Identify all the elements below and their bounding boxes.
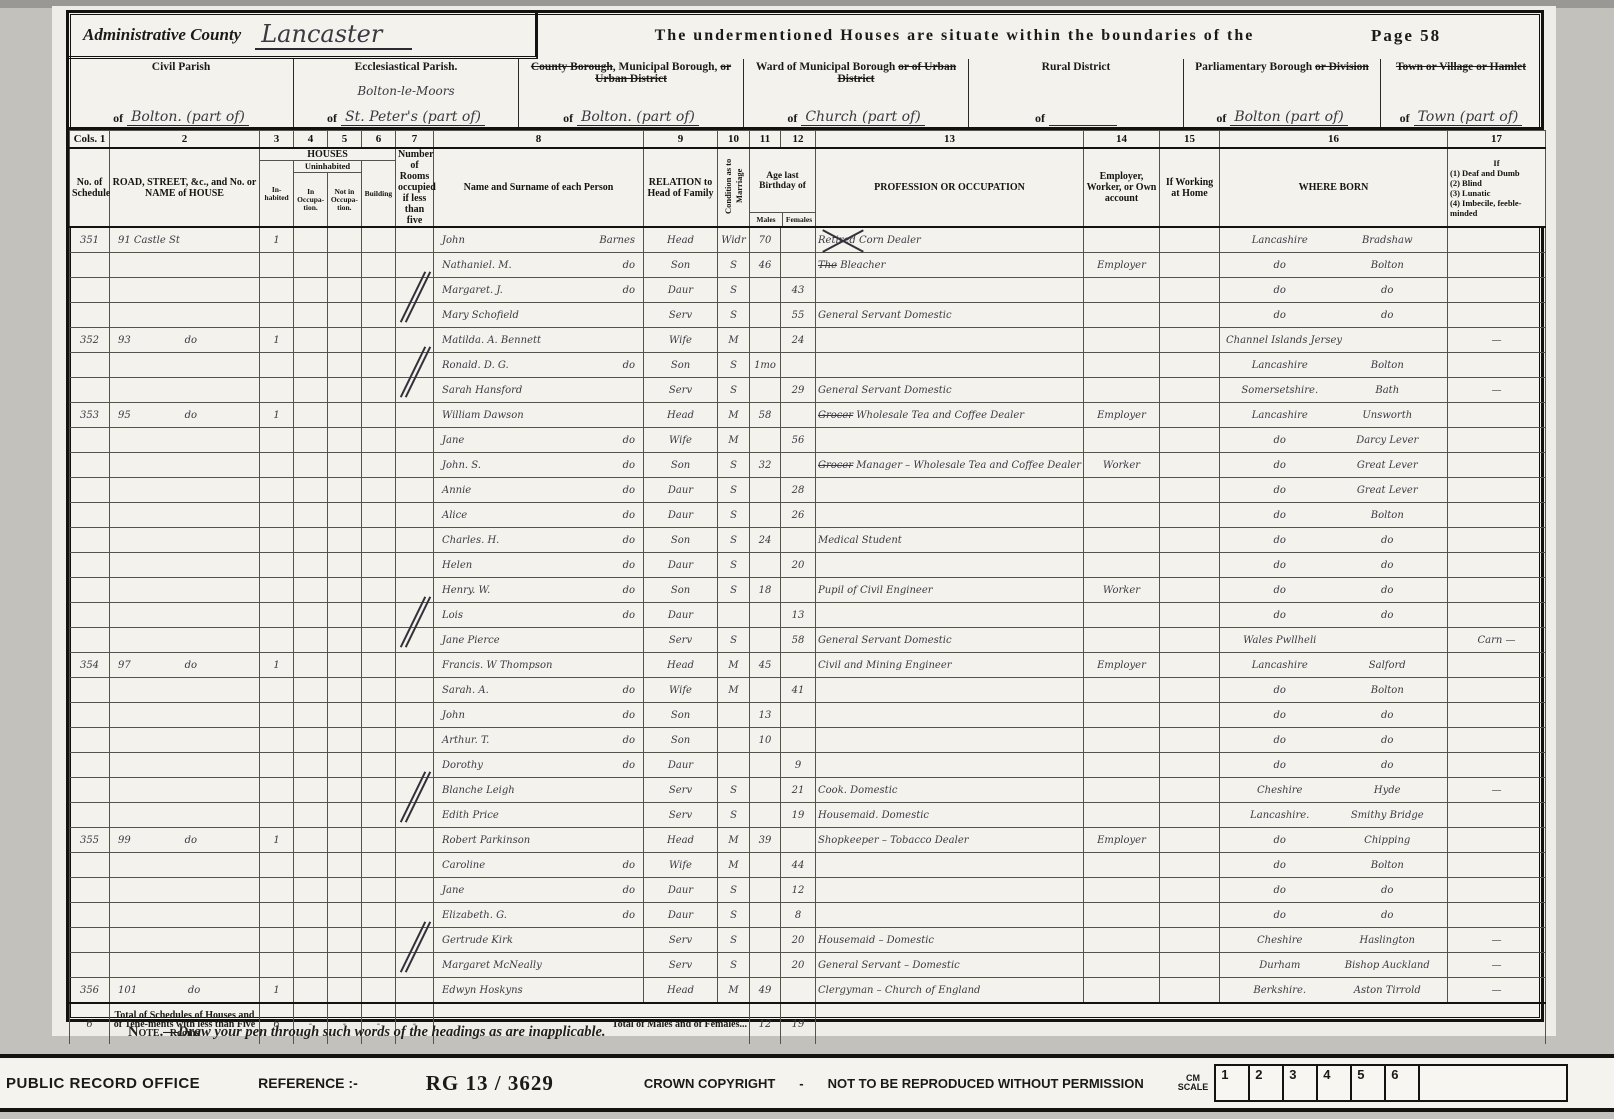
cell-schedule	[70, 928, 110, 953]
cell-in-occupation	[294, 953, 328, 978]
cell-schedule	[70, 853, 110, 878]
cell-not-in-occupation	[328, 478, 362, 503]
cell-condition: S	[718, 303, 750, 328]
cell-age-female	[781, 253, 816, 278]
cell-inhabited	[260, 678, 294, 703]
scale-tick: 6	[1384, 1064, 1420, 1102]
cell-inhabited	[260, 478, 294, 503]
occupation-text: General Servant Domestic	[818, 385, 952, 396]
cell-building	[362, 678, 396, 703]
cell-working-at-home	[1160, 453, 1220, 478]
cell-where-born: CheshireHyde	[1220, 778, 1448, 803]
column-number: 13	[816, 131, 1084, 149]
cell-age-male: 13	[750, 703, 781, 728]
cell-age-female: 20	[781, 928, 816, 953]
footer-notice: NOT TO BE REPRODUCED WITHOUT PERMISSION	[828, 1076, 1144, 1091]
cell-address	[110, 378, 260, 403]
cell-age-male	[750, 953, 781, 978]
cell-address	[110, 903, 260, 928]
cell-schedule	[70, 728, 110, 753]
cell-in-occupation	[294, 803, 328, 828]
column-number: 17	[1448, 131, 1546, 149]
scale-tick: 5	[1350, 1064, 1386, 1102]
cell-condition: S	[718, 878, 750, 903]
cell-address	[110, 628, 260, 653]
boundary-handwritten-value: Bolton. (part of)	[127, 109, 249, 126]
cell-age-male	[750, 603, 781, 628]
cell-age-male: 24	[750, 528, 781, 553]
boundary-title-part: Rural District	[1042, 61, 1111, 73]
column-number: 15	[1160, 131, 1220, 149]
cell-address: 97do	[110, 653, 260, 678]
cell-working-at-home	[1160, 753, 1220, 778]
cell-building	[362, 828, 396, 853]
cell-where-born: dodo	[1220, 728, 1448, 753]
cell-building	[362, 503, 396, 528]
cell-not-in-occupation	[328, 828, 362, 853]
cell-where-born: dodo	[1220, 903, 1448, 928]
cell-age-female	[781, 227, 816, 253]
census-row: Mary Schofield Serv S 55 General Servant…	[70, 303, 1546, 328]
boundary-section: Ecclesiastical Parish.Bolton-le-Moors of…	[294, 59, 519, 127]
census-row: Helendo Daur S 20 dodo	[70, 553, 1546, 578]
cell-condition: S	[718, 378, 750, 403]
column-number: 6	[362, 131, 396, 149]
census-rows: 351 91 Castle St 1 JohnBarnes Head Widr …	[70, 227, 1546, 1003]
cell-in-occupation	[294, 378, 328, 403]
cell-working-at-home	[1160, 378, 1220, 403]
cell-age-female	[781, 978, 816, 1004]
cell-infirmity: —	[1448, 978, 1546, 1004]
cell-not-in-occupation	[328, 503, 362, 528]
cell-name: Robert Parkinson	[434, 828, 644, 853]
cell-schedule	[70, 528, 110, 553]
column-number: 4	[294, 131, 328, 149]
cell-building	[362, 953, 396, 978]
cell-name: Carolinedo	[434, 853, 644, 878]
cell-relation: Serv	[644, 778, 718, 803]
cell-inhabited	[260, 353, 294, 378]
cell-name: Margaret. J.do	[434, 278, 644, 303]
footer-bar: PUBLIC RECORD OFFICE REFERENCE :- RG 13 …	[0, 1054, 1614, 1112]
column-number: 9	[644, 131, 718, 149]
cell-age-female: 19	[781, 803, 816, 828]
cell-occupation: Cook. Domestic	[816, 778, 1084, 803]
column-number: 16	[1220, 131, 1448, 149]
cell-name: Elizabeth. G.do	[434, 903, 644, 928]
cell-working-at-home	[1160, 603, 1220, 628]
census-row: 355 99do 1 Robert Parkinson Head M 39 Sh…	[70, 828, 1546, 853]
cell-in-occupation	[294, 428, 328, 453]
occupation-struck: Grocer	[818, 410, 853, 421]
cell-not-in-occupation	[328, 903, 362, 928]
cell-condition: M	[718, 403, 750, 428]
cell-infirmity	[1448, 403, 1546, 428]
cell-infirmity: Carn —	[1448, 628, 1546, 653]
cell-age-female: 44	[781, 853, 816, 878]
cell-inhabited	[260, 428, 294, 453]
cell-condition: M	[718, 653, 750, 678]
census-row: Anniedo Daur S 28 doGreat Lever	[70, 478, 1546, 503]
boundary-value: of Church (part of)	[747, 109, 965, 126]
cell-in-occupation	[294, 303, 328, 328]
cell-relation: Daur	[644, 603, 718, 628]
census-table: Cols. 1234567891011121314151617 No. of S…	[69, 130, 1546, 1044]
census-row: Henry. W.do Son S 18 Pupil of Civil Engi…	[70, 578, 1546, 603]
footer-office: PUBLIC RECORD OFFICE	[6, 1075, 200, 1092]
cell-where-born: doGreat Lever	[1220, 453, 1448, 478]
cell-schedule	[70, 278, 110, 303]
administrative-county-box: Administrative County Lancaster	[69, 13, 538, 59]
cell-building	[362, 378, 396, 403]
cell-working-at-home	[1160, 928, 1220, 953]
census-row: Janedo Daur S 12 dodo	[70, 878, 1546, 903]
cell-employer	[1084, 528, 1160, 553]
boundary-title: Civil Parish	[72, 61, 290, 73]
cell-schedule: 354	[70, 653, 110, 678]
cell-occupation: Grocer Manager – Wholesale Tea and Coffe…	[816, 453, 1084, 478]
cell-occupation	[816, 503, 1084, 528]
cell-building	[362, 453, 396, 478]
cell-infirmity: —	[1448, 378, 1546, 403]
cell-employer	[1084, 903, 1160, 928]
cell-rooms	[396, 528, 434, 553]
cell-working-at-home	[1160, 353, 1220, 378]
footer-copyright: CROWN COPYRIGHT	[644, 1076, 775, 1091]
houses-title: HOUSES	[260, 149, 395, 161]
occupation-struck: Grocer	[818, 460, 853, 471]
cell-condition: S	[718, 503, 750, 528]
cell-working-at-home	[1160, 678, 1220, 703]
boundary-handwritten-value	[1049, 125, 1117, 126]
cell-age-female: 28	[781, 478, 816, 503]
totals-males: 12	[750, 1003, 781, 1044]
cell-infirmity	[1448, 678, 1546, 703]
cell-address	[110, 478, 260, 503]
totals-females: 19	[781, 1003, 816, 1044]
cell-in-occupation	[294, 728, 328, 753]
cell-condition	[718, 603, 750, 628]
cell-name: Nathaniel. M.do	[434, 253, 644, 278]
cell-age-male: 58	[750, 403, 781, 428]
cell-age-male	[750, 853, 781, 878]
cell-age-male	[750, 328, 781, 353]
cell-where-born: dodo	[1220, 578, 1448, 603]
cell-working-at-home	[1160, 328, 1220, 353]
cell-occupation: General Servant Domestic	[816, 628, 1084, 653]
cell-inhabited	[260, 928, 294, 953]
col-age: Age last Birthday of Males Females	[750, 148, 816, 227]
cell-rooms	[396, 728, 434, 753]
cell-where-born: dodo	[1220, 603, 1448, 628]
cell-occupation: Grocer Wholesale Tea and Coffee Dealer	[816, 403, 1084, 428]
cell-building	[362, 328, 396, 353]
totals-empty	[816, 1003, 1546, 1044]
cell-address	[110, 878, 260, 903]
cell-working-at-home	[1160, 878, 1220, 903]
cell-working-at-home	[1160, 653, 1220, 678]
cell-building	[362, 653, 396, 678]
cell-infirmity	[1448, 753, 1546, 778]
cell-building	[362, 728, 396, 753]
cell-building	[362, 878, 396, 903]
cell-inhabited	[260, 703, 294, 728]
cell-condition: Widr	[718, 227, 750, 253]
cell-address: 93do	[110, 328, 260, 353]
cell-working-at-home	[1160, 728, 1220, 753]
cell-schedule: 355	[70, 828, 110, 853]
boundary-handwritten-value: Bolton (part of)	[1230, 109, 1347, 126]
boundary-title: Parliamentary Borough or Division	[1187, 61, 1377, 73]
cell-inhabited	[260, 953, 294, 978]
undermentioned-text: The undermentioned Houses are situate wi…	[538, 13, 1371, 59]
cell-where-born: DurhamBishop Auckland	[1220, 953, 1448, 978]
occupation-text: General Servant Domestic	[818, 310, 952, 321]
occupation-text: General Servant – Domestic	[818, 960, 960, 971]
cell-name: JohnBarnes	[434, 227, 644, 253]
col-infirmities: If(1) Deaf and Dumb(2) Blind(3) Lunatic(…	[1448, 148, 1546, 227]
census-row: Charles. H.do Son S 24 Medical Student d…	[70, 528, 1546, 553]
cell-occupation	[816, 678, 1084, 703]
cell-where-born: doBolton	[1220, 253, 1448, 278]
cell-not-in-occupation	[328, 628, 362, 653]
cell-rooms	[396, 453, 434, 478]
cell-inhabited	[260, 878, 294, 903]
cell-inhabited	[260, 753, 294, 778]
form-header: Administrative County Lancaster The unde…	[69, 13, 1541, 59]
cell-employer	[1084, 328, 1160, 353]
cell-occupation	[816, 328, 1084, 353]
cell-address: 95do	[110, 403, 260, 428]
cell-building	[362, 253, 396, 278]
cell-employer: Worker	[1084, 453, 1160, 478]
column-label-row: No. of Schedule ROAD, STREET, &c., and N…	[70, 148, 1546, 227]
boundary-above-value: Bolton-le-Moors	[297, 86, 515, 96]
cell-relation: Daur	[644, 878, 718, 903]
cell-infirmity: —	[1448, 928, 1546, 953]
col-age-label: Age last Birthday of	[750, 149, 815, 212]
cell-working-at-home	[1160, 978, 1220, 1004]
admin-county-value: Lancaster	[255, 20, 412, 50]
boundary-value: of Bolton (part of)	[1187, 109, 1377, 126]
cell-where-born: LancashireSalford	[1220, 653, 1448, 678]
cell-condition: M	[718, 828, 750, 853]
cell-condition	[718, 728, 750, 753]
cell-in-occupation	[294, 828, 328, 853]
cell-condition: S	[718, 528, 750, 553]
cell-condition: S	[718, 353, 750, 378]
cell-in-occupation	[294, 603, 328, 628]
cell-not-in-occupation	[328, 853, 362, 878]
census-row: Ronald. D. G.do Son S 1mo LancashireBolt…	[70, 353, 1546, 378]
cell-employer	[1084, 703, 1160, 728]
cell-employer	[1084, 628, 1160, 653]
boundary-title-part: Ecclesiastical Parish.	[355, 61, 458, 73]
cell-condition: M	[718, 428, 750, 453]
cell-rooms	[396, 853, 434, 878]
cell-not-in-occupation	[328, 303, 362, 328]
boundary-value: of Town (part of)	[1384, 109, 1538, 126]
col-road: ROAD, STREET, &c., and No. or NAME of HO…	[110, 148, 260, 227]
cell-in-occupation	[294, 978, 328, 1004]
cell-in-occupation	[294, 578, 328, 603]
census-row: Dorothydo Daur 9 dodo	[70, 753, 1546, 778]
census-row: 354 97do 1 Francis. W Thompson Head M 45…	[70, 653, 1546, 678]
cell-infirmity	[1448, 353, 1546, 378]
cell-relation: Wife	[644, 853, 718, 878]
cell-in-occupation	[294, 553, 328, 578]
cell-relation: Daur	[644, 278, 718, 303]
cell-infirmity	[1448, 253, 1546, 278]
cell-employer	[1084, 728, 1160, 753]
cell-inhabited	[260, 303, 294, 328]
cell-infirmity: —	[1448, 328, 1546, 353]
col-condition: Condition as to Marriage	[718, 148, 750, 227]
cell-building	[362, 227, 396, 253]
scale-tick: 2	[1248, 1064, 1284, 1102]
cell-infirmity	[1448, 227, 1546, 253]
cell-address	[110, 503, 260, 528]
cell-age-male: 32	[750, 453, 781, 478]
column-number: 11	[750, 131, 781, 149]
cell-condition: S	[718, 778, 750, 803]
boundary-section: Rural District of	[969, 59, 1184, 127]
boundary-value: of Bolton. (part of)	[72, 109, 290, 126]
cell-building	[362, 778, 396, 803]
cell-employer	[1084, 878, 1160, 903]
cell-condition: S	[718, 553, 750, 578]
census-row: 353 95do 1 William Dawson Head M 58 Groc…	[70, 403, 1546, 428]
cell-infirmity	[1448, 903, 1546, 928]
census-row: 356 101do 1 Edwyn Hoskyns Head M 49 Cler…	[70, 978, 1546, 1004]
cell-inhabited	[260, 553, 294, 578]
cell-in-occupation	[294, 503, 328, 528]
column-number: 14	[1084, 131, 1160, 149]
scale-tick: 3	[1282, 1064, 1318, 1102]
cell-employer	[1084, 428, 1160, 453]
cell-relation: Wife	[644, 428, 718, 453]
cell-age-male	[750, 678, 781, 703]
census-row: Loisdo Daur 13 dodo	[70, 603, 1546, 628]
cell-building	[362, 478, 396, 503]
cell-relation: Daur	[644, 553, 718, 578]
cell-working-at-home	[1160, 227, 1220, 253]
cell-in-occupation	[294, 328, 328, 353]
cell-age-female	[781, 728, 816, 753]
cell-not-in-occupation	[328, 728, 362, 753]
cell-working-at-home	[1160, 428, 1220, 453]
col-building: Building	[362, 161, 395, 226]
occupation-text: Wholesale Tea and Coffee Dealer	[856, 410, 1024, 421]
cell-age-female: 43	[781, 278, 816, 303]
cell-schedule	[70, 503, 110, 528]
census-row: John. S.do Son S 32 Grocer Manager – Who…	[70, 453, 1546, 478]
cell-name: Johndo	[434, 703, 644, 728]
cell-where-born: dodo	[1220, 553, 1448, 578]
cell-inhabited	[260, 628, 294, 653]
cell-not-in-occupation	[328, 227, 362, 253]
cell-name: Arthur. T.do	[434, 728, 644, 753]
census-form: Administrative County Lancaster The unde…	[66, 10, 1544, 1022]
cell-age-female	[781, 578, 816, 603]
cell-in-occupation	[294, 628, 328, 653]
cell-name: Charles. H.do	[434, 528, 644, 553]
cell-in-occupation	[294, 453, 328, 478]
cell-working-at-home	[1160, 803, 1220, 828]
cell-working-at-home	[1160, 278, 1220, 303]
cell-address	[110, 678, 260, 703]
boundary-section: Ward of Municipal Borough or of Urban Di…	[744, 59, 969, 127]
cell-not-in-occupation	[328, 778, 362, 803]
cell-working-at-home	[1160, 953, 1220, 978]
cell-relation: Daur	[644, 903, 718, 928]
cell-employer: Employer	[1084, 828, 1160, 853]
column-number: 2	[110, 131, 260, 149]
cell-working-at-home	[1160, 778, 1220, 803]
cell-age-female: 20	[781, 553, 816, 578]
boundary-handwritten-value: Church (part of)	[801, 109, 924, 126]
cell-in-occupation	[294, 928, 328, 953]
cell-in-occupation	[294, 678, 328, 703]
cell-age-female: 56	[781, 428, 816, 453]
cell-age-male	[750, 903, 781, 928]
col-houses: HOUSES In-habited Uninhabited In Occupa-…	[260, 148, 396, 227]
cell-working-at-home	[1160, 403, 1220, 428]
cell-inhabited	[260, 853, 294, 878]
cell-occupation	[816, 878, 1084, 903]
cell-occupation: Medical Student	[816, 528, 1084, 553]
column-number: 12	[781, 131, 816, 149]
census-row: Sarah Hansford Serv S 29 General Servant…	[70, 378, 1546, 403]
cell-rooms	[396, 503, 434, 528]
cell-building	[362, 703, 396, 728]
cell-inhabited: 1	[260, 653, 294, 678]
col-born: WHERE BORN	[1220, 148, 1448, 227]
census-row: Alicedo Daur S 26 doBolton	[70, 503, 1546, 528]
cell-infirmity	[1448, 653, 1546, 678]
cell-name: Loisdo	[434, 603, 644, 628]
cell-condition: M	[718, 978, 750, 1004]
cell-condition: S	[718, 903, 750, 928]
cell-building	[362, 803, 396, 828]
cell-occupation: Clergyman – Church of England	[816, 978, 1084, 1004]
cell-schedule	[70, 678, 110, 703]
cell-schedule: 356	[70, 978, 110, 1004]
cell-working-at-home	[1160, 503, 1220, 528]
cell-age-male: 49	[750, 978, 781, 1004]
cell-name: Dorothydo	[434, 753, 644, 778]
column-number: 3	[260, 131, 294, 149]
cell-schedule	[70, 878, 110, 903]
boundary-title-part: Parliamentary Borough	[1195, 61, 1315, 73]
infirmity-line: If	[1450, 158, 1543, 168]
cell-employer	[1084, 928, 1160, 953]
cell-name: Alicedo	[434, 503, 644, 528]
cell-relation: Head	[644, 227, 718, 253]
cell-rooms	[396, 303, 434, 328]
cell-relation: Son	[644, 353, 718, 378]
cell-where-born: Channel Islands Jersey	[1220, 328, 1448, 353]
cell-relation: Serv	[644, 378, 718, 403]
cell-condition: S	[718, 578, 750, 603]
cell-age-male	[750, 628, 781, 653]
boundary-value: of	[972, 111, 1180, 126]
census-row: Janedo Wife M 56 doDarcy Lever	[70, 428, 1546, 453]
form-note: Note.—Draw your pen through such words o…	[128, 1024, 606, 1041]
cell-age-male: 10	[750, 728, 781, 753]
cell-inhabited	[260, 603, 294, 628]
cell-relation: Serv	[644, 928, 718, 953]
